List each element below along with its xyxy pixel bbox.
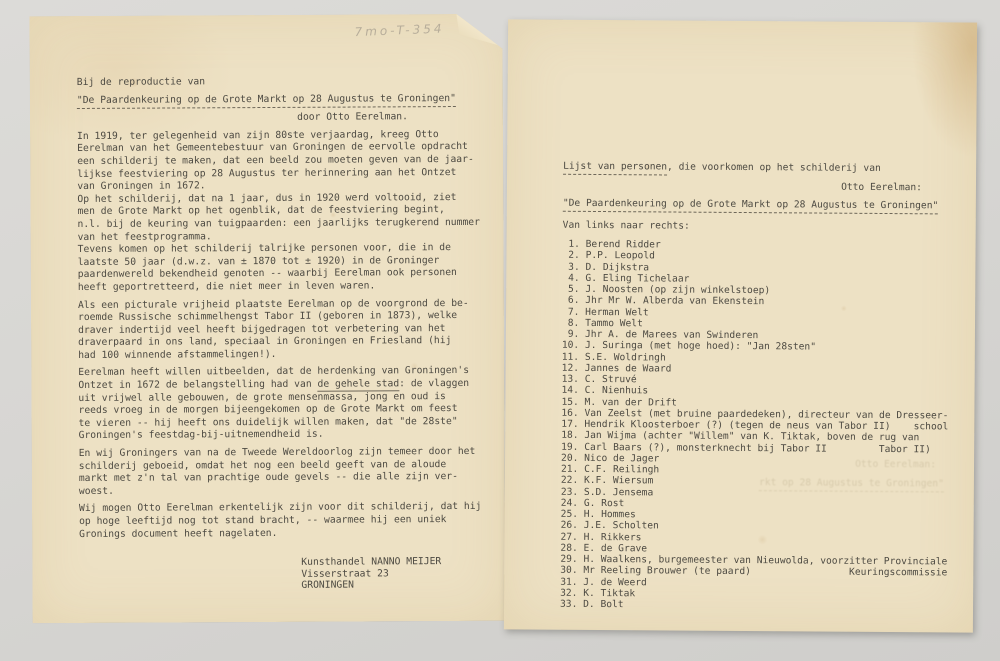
paragraph-7: Wij mogen Otto Eerelman erkentelijk zijn…	[79, 501, 505, 541]
subheading: Van links naar rechts:	[563, 220, 976, 235]
painting-title: "De Paardenkeuring op de Grote Markt op …	[77, 92, 503, 107]
person-list: 1. Berend Ridder 2. P.P. Leopold 3. D. D…	[560, 239, 976, 613]
paragraph-6: En wij Groningers van na de Tweede Werel…	[79, 446, 505, 499]
painting-title-text: "De Paardenkeuring op de Grote Markt op …	[563, 197, 939, 214]
painting-title-text: "De Paardenkeuring op de Grote Markt op …	[77, 93, 456, 109]
intro-line: Bij de reproductie van	[77, 75, 503, 90]
underlined-phrase: de gehele stad	[317, 378, 399, 391]
byline: door Otto Eerelman.	[297, 111, 408, 123]
signature-block: Kunsthandel NANNO MEIJER Visserstraat 23…	[301, 556, 505, 592]
paragraph-block-1: In 1919, ter gelegenheid van zijn 80ste …	[77, 129, 504, 295]
left-page-content: Bij de reproductie van "De Paardenkeurin…	[29, 14, 505, 623]
painting-title: "De Paardenkeuring op de Grote Markt op …	[563, 197, 976, 212]
right-page-content: Lijst van personen, die voorkomen op het…	[504, 19, 977, 632]
paragraph-4: Als een picturale vrijheid plaatste Eere…	[78, 297, 504, 362]
list-heading: Lijst van personen, die voorkomen op het…	[563, 161, 976, 176]
paragraph-5: Eerelman heeft willen uitbeelden, dat de…	[78, 365, 504, 443]
byline: Otto Eerelman:	[841, 182, 922, 194]
list-heading-underlined: Lijst van personen	[563, 161, 667, 176]
list-heading-rest: , die voorkomen op het schilderij van	[667, 161, 881, 173]
byline-row: Otto Eerelman:	[563, 180, 948, 195]
document-page-right: Otto Eerelman: rkt op 28 Augustus te Gro…	[504, 19, 977, 632]
byline-row: door Otto Eerelman.	[77, 111, 466, 126]
photo-backdrop: 7mo-T-354 Bij de reproductie van "De Paa…	[0, 0, 1000, 661]
person-entry: 33. D. Bolt	[560, 599, 973, 613]
document-page-left: 7mo-T-354 Bij de reproductie van "De Paa…	[29, 14, 505, 623]
